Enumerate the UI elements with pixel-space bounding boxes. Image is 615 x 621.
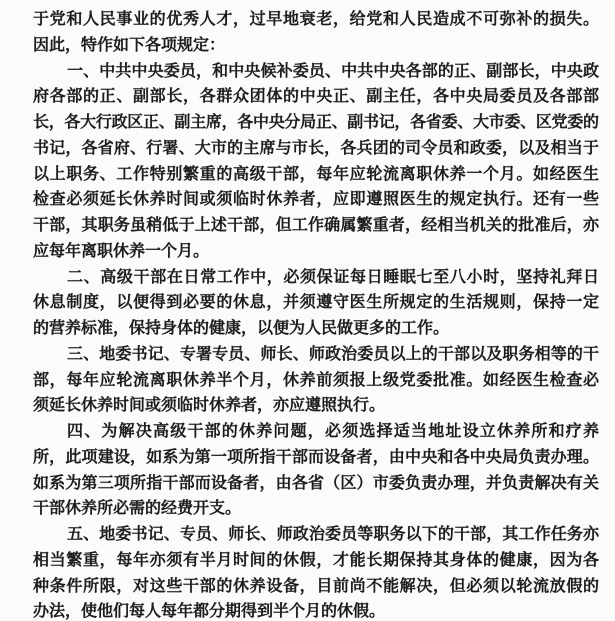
text-line: 二、高级干部在日常工作中，必须保证每日睡眠七至八小时，坚持礼拜日 [33, 265, 599, 291]
text-line-content: 书记，各省府、行署、大市的主席与市长，各兵团的司令员和政委，以及相当于 [33, 140, 599, 157]
text-line: 以上职务、工作特别繁重的高级干部，每年应轮流离职休养一个月。如经医生 [33, 162, 599, 188]
text-line: 干部休养所必需的经费开支。 [33, 496, 599, 522]
text-line: 检查必须延长休养时间或须临时休养者，应即遵照医生的规定执行。还有一些 [33, 187, 599, 213]
text-line-content: 所，此项建设，如系为第一项所指干部而设备者，由中央和各中央局负责办理。 [33, 449, 599, 466]
text-line: 办法，使他们每人每年都分期得到半个月的休假。 [33, 599, 599, 621]
text-line: 应每年离职休养一个月。 [33, 239, 599, 265]
text-line-content: 因此，特作如下各项规定： [33, 37, 225, 54]
text-line-content: 二、高级干部在日常工作中，必须保证每日睡眠七至八小时，坚持礼拜日 [67, 269, 600, 286]
text-line-content: 一、中共中央委员，和中央候补委员、中共中央各部的正、副部长，中央政 [67, 63, 599, 80]
text-line-content: 休息制度，以便得到必要的休息，并须遵守医生所规定的生活规则，保持一定 [33, 294, 600, 311]
text-line: 如系为第三项所指干部而设备者，由各省（区）市委负责办理，并负责解决有关 [33, 471, 599, 497]
text-line: 府各部的正、副部长，各群众团体的中央正、副主任，各中央局委员及各部部 [33, 84, 599, 110]
text-line: 五、地委书记、专员、师长、师政治委员等职务以下的干部，其工作任务亦 [33, 522, 599, 548]
text-line-content: 长，各大行政区正、副主席，各中央分局正、副书记，各省委、大市委、区党委的 [33, 114, 599, 131]
text-line-content: 干部，其职务虽稍低于上述干部，但工作确属繁重者，经相当机关的批准后，亦 [33, 217, 599, 234]
text-line-content: 须延长休养时间或须临时休养者，亦应遵照执行。 [33, 397, 385, 414]
text-line: 休息制度，以便得到必要的休息，并须遵守医生所规定的生活规则，保持一定 [33, 290, 599, 316]
text-line-content: 的营养标准，保持身体的健康，以便为人民做更多的工作。 [33, 320, 449, 337]
text-line-content: 府各部的正、副部长，各群众团体的中央正、副主任，各中央局委员及各部部 [33, 88, 600, 105]
text-line-content: 四、为解决高级干部的休养问题，必须选择适当地址设立休养所和疗养 [67, 423, 600, 440]
document-text-block: 于党和人民事业的优秀人才，过早地衰老，给党和人民造成不可弥补的损失。因此，特作如… [33, 7, 599, 621]
text-line-content: 检查必须延长休养时间或须临时休养者，应即遵照医生的规定执行。还有一些 [33, 191, 600, 208]
text-line: 须延长休养时间或须临时休养者，亦应遵照执行。 [33, 393, 599, 419]
text-line: 的营养标准，保持身体的健康，以便为人民做更多的工作。 [33, 316, 599, 342]
text-line: 相当繁重，每年亦须有半月时间的休假，才能长期保持其身体的健康，因为各 [33, 548, 599, 574]
text-line: 一、中共中央委员，和中央候补委员、中共中央各部的正、副部长，中央政 [33, 59, 599, 85]
text-line: 于党和人民事业的优秀人才，过早地衰老，给党和人民造成不可弥补的损失。 [33, 7, 599, 33]
document-page: 于党和人民事业的优秀人才，过早地衰老，给党和人民造成不可弥补的损失。因此，特作如… [0, 0, 615, 621]
text-line-content: 如系为第三项所指干部而设备者，由各省（区）市委负责办理，并负责解决有关 [33, 475, 599, 492]
text-line: 四、为解决高级干部的休养问题，必须选择适当地址设立休养所和疗养 [33, 419, 599, 445]
text-line-content: 种条件所限，对这些干部的休养设备，目前尚不能解决，但必须以轮流放假的 [33, 578, 600, 595]
text-line-content: 三、地委书记、专署专员、师长、师政治委员以上的干部以及职务相等的干 [67, 346, 599, 363]
text-line-content: 相当繁重，每年亦须有半月时间的休假，才能长期保持其身体的健康，因为各 [33, 552, 600, 569]
text-line: 所，此项建设，如系为第一项所指干部而设备者，由中央和各中央局负责办理。 [33, 445, 599, 471]
text-line-content: 办法，使他们每人每年都分期得到半个月的休假。 [33, 603, 385, 620]
text-line: 长，各大行政区正、副主席，各中央分局正、副书记，各省委、大市委、区党委的 [33, 110, 599, 136]
text-line-content: 部，每年应轮流离职休养半个月，休养前须报上级党委批准。如经医生检查必 [33, 372, 600, 389]
text-line: 干部，其职务虽稍低于上述干部，但工作确属繁重者，经相当机关的批准后，亦 [33, 213, 599, 239]
text-line: 三、地委书记、专署专员、师长、师政治委员以上的干部以及职务相等的干 [33, 342, 599, 368]
text-line-content: 干部休养所必需的经费开支。 [33, 500, 241, 517]
text-line: 种条件所限，对这些干部的休养设备，目前尚不能解决，但必须以轮流放假的 [33, 574, 599, 600]
text-line: 部，每年应轮流离职休养半个月，休养前须报上级党委批准。如经医生检查必 [33, 368, 599, 394]
text-line-content: 应每年离职休养一个月。 [33, 243, 209, 260]
text-line-content: 于党和人民事业的优秀人才，过早地衰老，给党和人民造成不可弥补的损失。 [33, 11, 600, 28]
text-line: 因此，特作如下各项规定： [33, 33, 599, 59]
text-line-content: 以上职务、工作特别繁重的高级干部，每年应轮流离职休养一个月。如经医生 [33, 166, 600, 183]
text-line: 书记，各省府、行署、大市的主席与市长，各兵团的司令员和政委，以及相当于 [33, 136, 599, 162]
text-line-content: 五、地委书记、专员、师长、师政治委员等职务以下的干部，其工作任务亦 [67, 526, 599, 543]
